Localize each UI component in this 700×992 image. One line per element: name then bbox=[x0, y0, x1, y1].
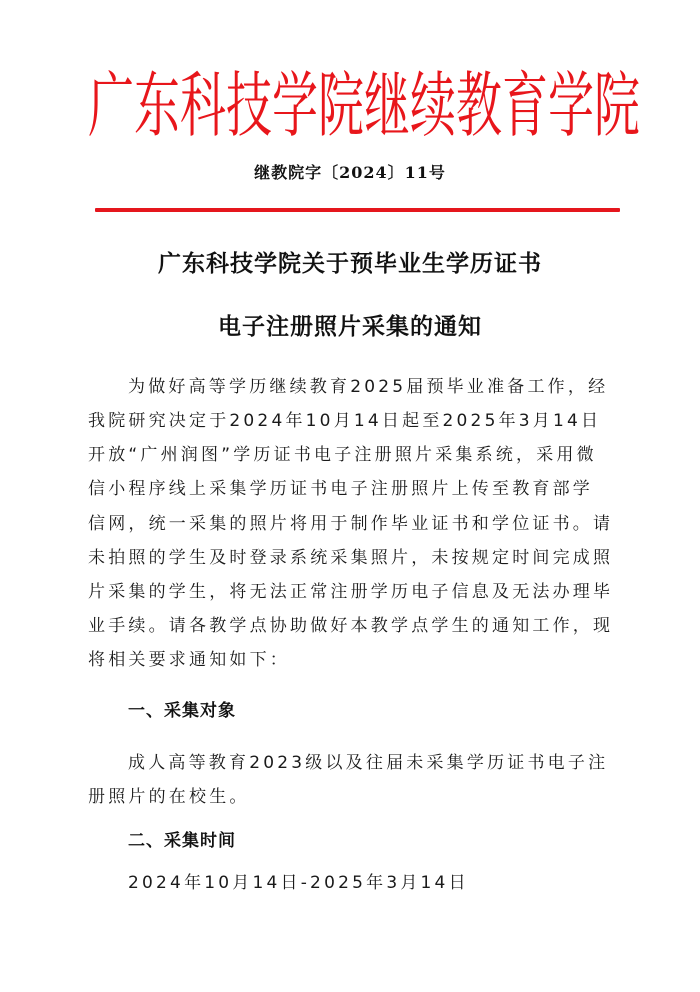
intro-line: 我院研究决定于2024年10月14日起至2025年3月14日 bbox=[88, 406, 618, 431]
notice-title-line-1: 广东科技学院关于预毕业生学历证书 bbox=[0, 245, 700, 278]
intro-line: 信网，统一采集的照片将用于制作毕业证书和学位证书。请 bbox=[88, 509, 618, 534]
section-body-line: 册照片的在校生。 bbox=[88, 782, 618, 807]
letterhead-char: 教 bbox=[456, 38, 502, 171]
intro-line: 业手续。请各教学点协助做好本教学点学生的通知工作，现 bbox=[88, 611, 618, 636]
intro-line: 将相关要求通知如下： bbox=[88, 645, 618, 670]
intro-line: 开放“广州润图”学历证书电子注册照片采集系统，采用微 bbox=[88, 440, 618, 465]
letterhead-char: 续 bbox=[410, 38, 456, 171]
section-body-line: 2024年10月14日-2025年3月14日 bbox=[128, 868, 618, 893]
letterhead-char: 技 bbox=[226, 38, 272, 171]
intro-line: 片采集的学生，将无法正常注册学历电子信息及无法办理毕 bbox=[88, 577, 618, 602]
intro-line: 信小程序线上采集学历证书电子注册照片上传至教育部学 bbox=[88, 474, 618, 499]
document-number: 继教院字〔2024〕11号 bbox=[0, 160, 700, 183]
letterhead-char: 学 bbox=[272, 38, 318, 171]
letterhead-char: 院 bbox=[594, 38, 640, 171]
letterhead-char: 广 bbox=[88, 38, 134, 171]
letterhead-divider bbox=[95, 208, 620, 212]
letterhead-char: 院 bbox=[318, 38, 364, 171]
letterhead-char: 育 bbox=[502, 38, 548, 171]
letterhead-char: 科 bbox=[180, 38, 226, 171]
intro-line: 未拍照的学生及时登录系统采集照片，未按规定时间完成照 bbox=[88, 543, 618, 568]
letterhead-char: 东 bbox=[134, 38, 180, 171]
notice-title-line-2: 电子注册照片采集的通知 bbox=[0, 308, 700, 341]
institution-letterhead: 广 东 科 技 学 院 继 续 教 育 学 院 bbox=[88, 62, 608, 148]
section-body-line: 成人高等教育2023级以及往届未采集学历证书电子注 bbox=[128, 748, 618, 773]
letterhead-char: 继 bbox=[364, 38, 410, 171]
section-heading-collection-targets: 一、采集对象 bbox=[128, 696, 236, 721]
document-page: 广 东 科 技 学 院 继 续 教 育 学 院 继教院字〔2024〕11号 广东… bbox=[0, 0, 700, 992]
letterhead-char: 学 bbox=[548, 38, 594, 171]
intro-line: 为做好高等学历继续教育2025届预毕业准备工作，经 bbox=[128, 372, 618, 397]
section-heading-collection-time: 二、采集时间 bbox=[128, 826, 236, 851]
